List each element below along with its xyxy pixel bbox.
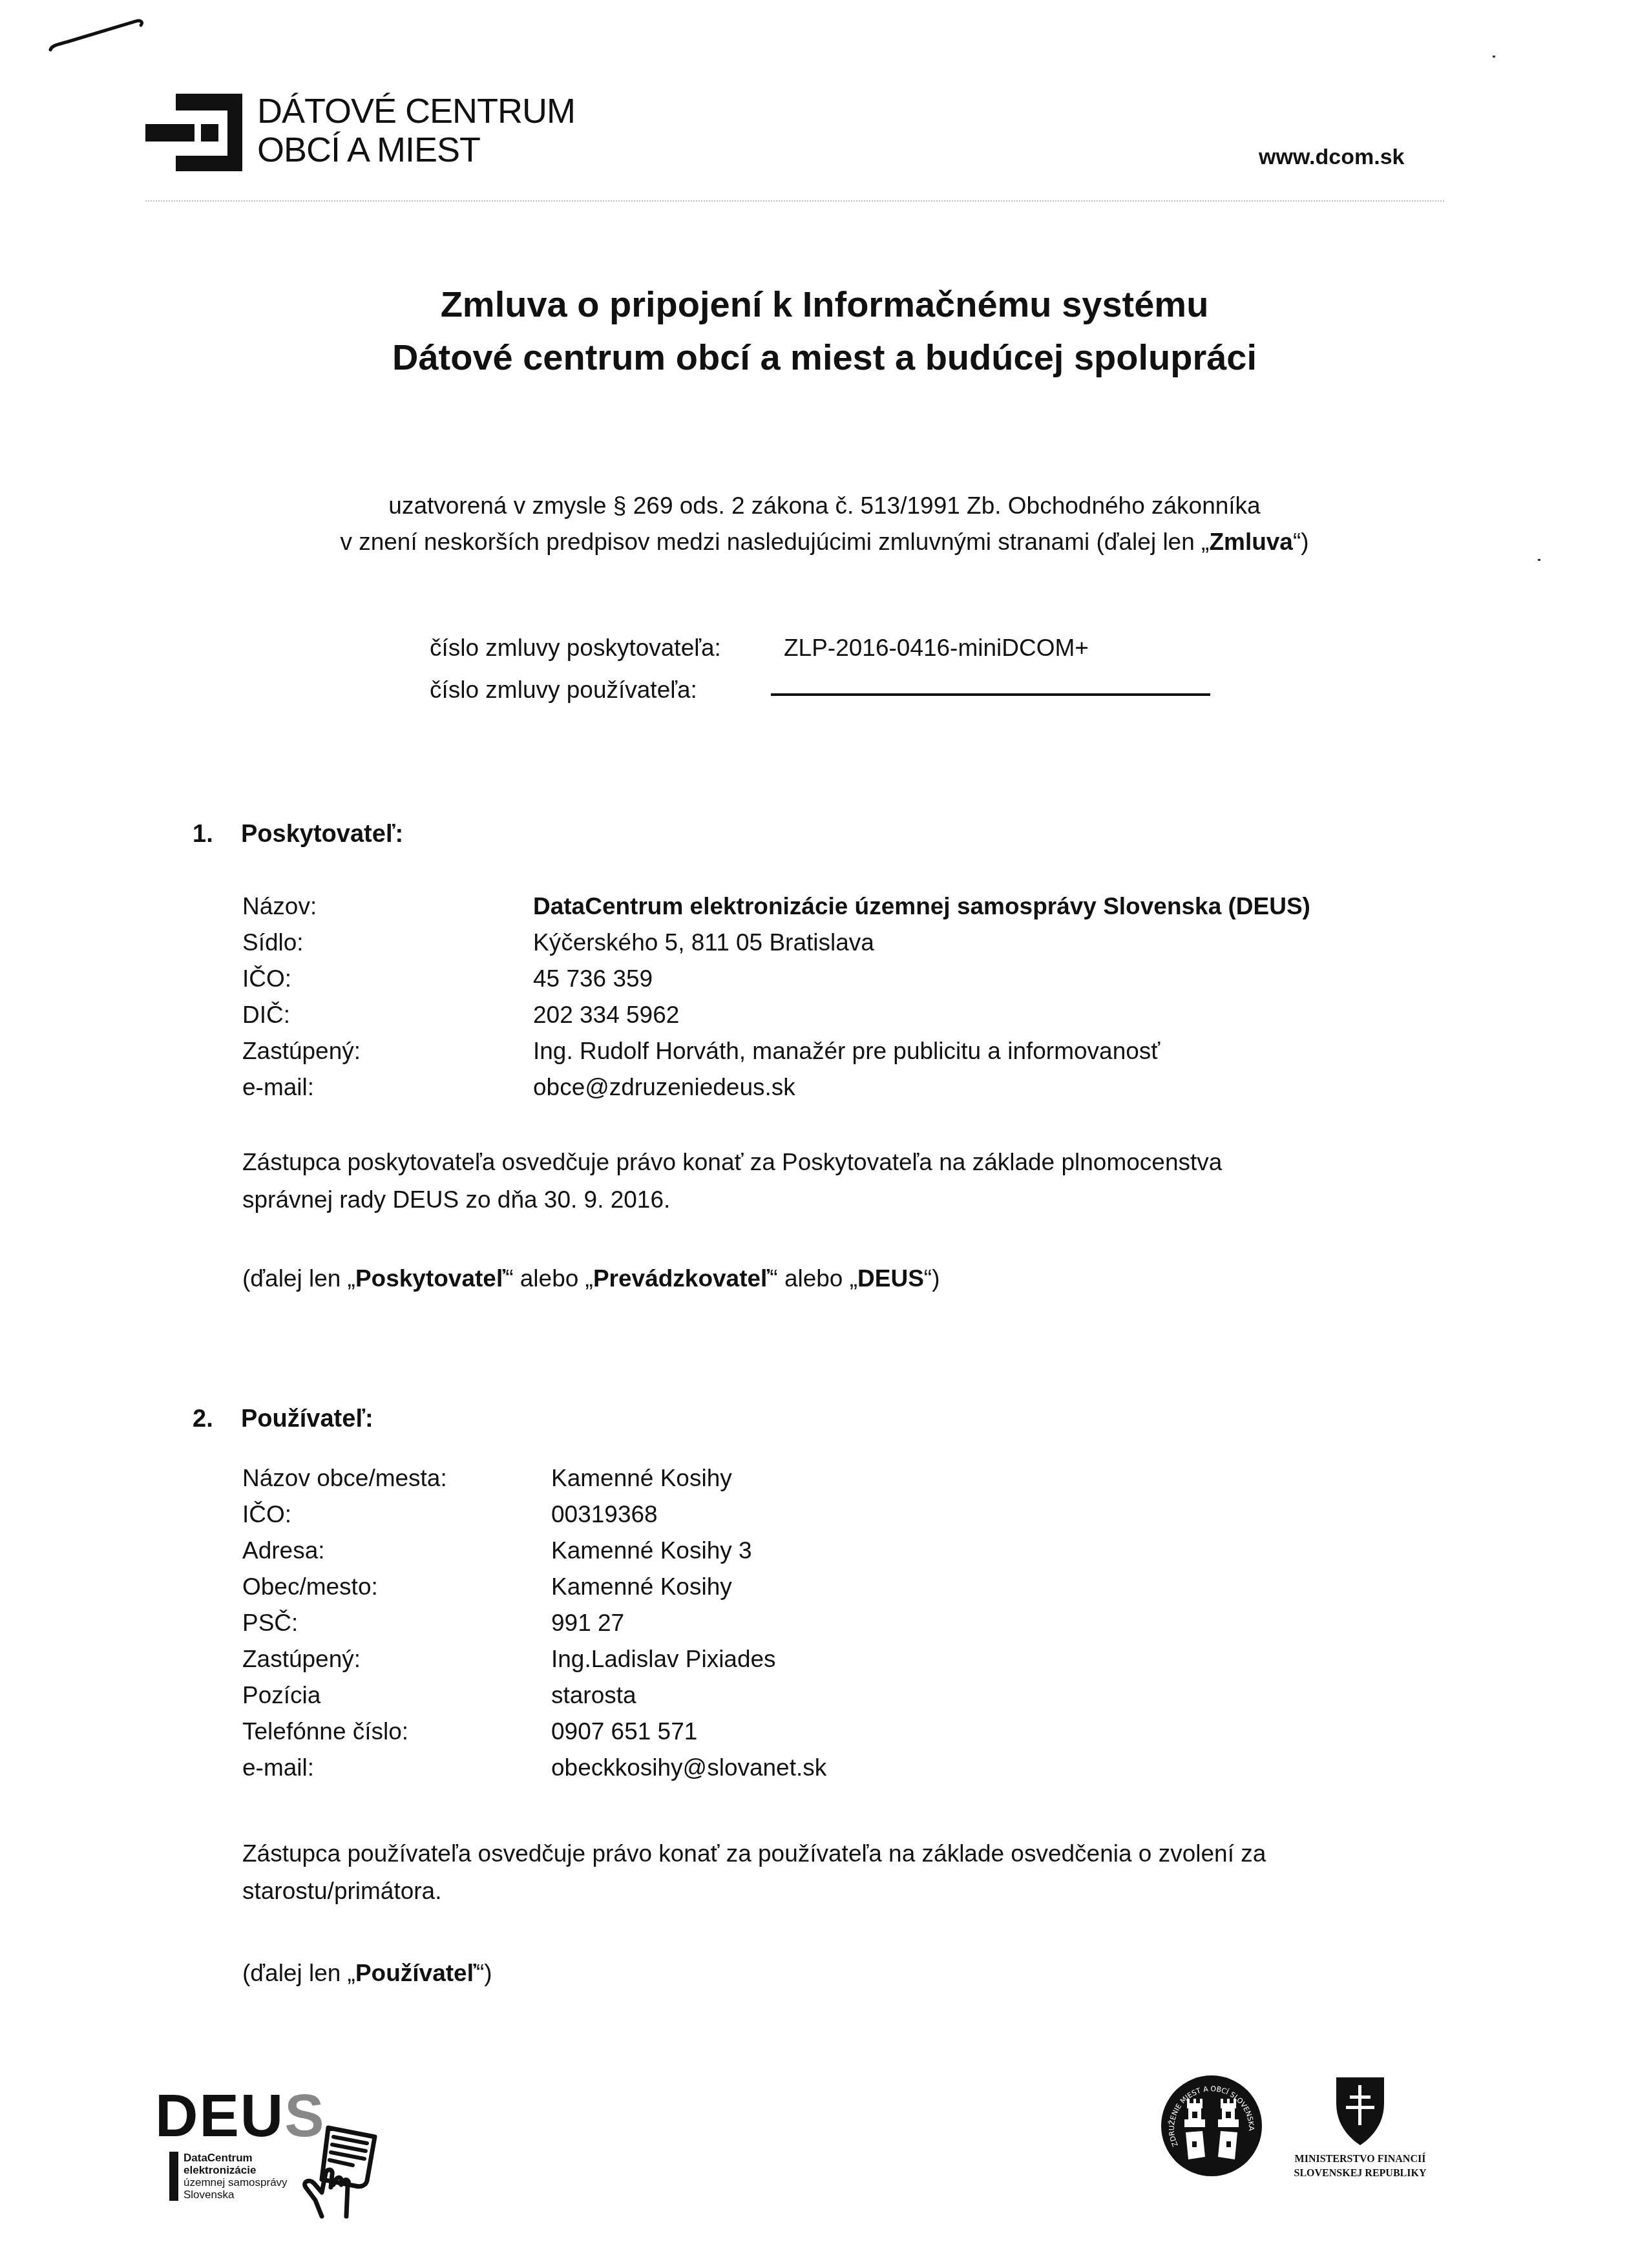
alias-term: DEUS xyxy=(857,1265,924,1292)
provider-field-row: Názov:DataCentrum elektronizácie územnej… xyxy=(242,888,1310,925)
provider-alias-paragraph: (ďalej len „Poskytovateľ“ alebo „Prevádz… xyxy=(242,1260,1470,1297)
deus-letters: DEU xyxy=(155,2083,284,2149)
section2-title: Používateľ: xyxy=(241,1405,373,1433)
field-label: Názov obce/mesta: xyxy=(242,1460,551,1496)
provider-contract-value: ZLP-2016-0416-miniDCOM+ xyxy=(784,627,1089,669)
provider-authority-paragraph: Zástupca poskytovateľa osvedčuje právo k… xyxy=(242,1144,1470,1219)
title-line2: Dátové centrum obcí a miest a budúcej sp… xyxy=(0,331,1649,384)
user-field-row: PSČ:991 27 xyxy=(242,1605,826,1641)
user-field-row: Telefónne číslo:0907 651 571 xyxy=(242,1714,826,1750)
user-authority-paragraph: Zástupca používateľa osvedčuje právo kon… xyxy=(242,1835,1470,1910)
contract-alias: Zmluva xyxy=(1209,529,1293,555)
user-contract-row: číslo zmluvy používateľa: xyxy=(430,669,1210,711)
zmos-seal-icon: ZDRUŽENIE MIEST A OBCÍ SLOVENSKA xyxy=(1160,2074,1263,2178)
user-field-row: Adresa:Kamenné Kosihy 3 xyxy=(242,1533,826,1569)
field-label: IČO: xyxy=(242,961,533,997)
ministry-of-finance-logo: MINISTERSTVO FINANCIÍ SLOVENSKEJ REPUBLI… xyxy=(1292,2077,1454,2181)
provider-details: Názov:DataCentrum elektronizácie územnej… xyxy=(242,888,1310,1106)
field-value: Kamenné Kosihy xyxy=(551,1569,732,1605)
hand-document-icon xyxy=(302,2123,386,2220)
scan-speck xyxy=(1538,559,1540,561)
alias-term: Prevádzkovateľ xyxy=(593,1265,770,1292)
section1-number: 1. xyxy=(193,821,241,848)
field-label: PSČ: xyxy=(242,1605,551,1641)
field-label: Názov: xyxy=(242,888,533,925)
field-value: Kamenné Kosihy xyxy=(551,1460,732,1496)
document-title: Zmluva o pripojení k Informačnému systém… xyxy=(0,278,1649,384)
field-label: DIČ: xyxy=(242,997,533,1033)
field-value: 202 334 5962 xyxy=(533,997,679,1033)
user-field-row: e-mail:obeckkosihy@slovanet.sk xyxy=(242,1750,826,1786)
section2-heading: 2. Používateľ: xyxy=(193,1405,373,1433)
preamble: uzatvorená v zmysle § 269 ods. 2 zákona … xyxy=(0,488,1649,560)
preamble-line2: v znení neskorších predpisov medzi nasle… xyxy=(0,524,1649,560)
user-field-row: Obec/mesto:Kamenné Kosihy xyxy=(242,1569,826,1605)
field-label: Sídlo: xyxy=(242,925,533,961)
user-details: Názov obce/mesta:Kamenné Kosihy IČO:0031… xyxy=(242,1460,826,1786)
deus-logo: DEUS DataCentrum elektronizácie územnej … xyxy=(155,2087,388,2223)
deus-logo-subtitle: DataCentrum elektronizácie územnej samos… xyxy=(169,2152,288,2201)
user-contract-blank-field[interactable] xyxy=(771,669,1210,696)
field-label: Zastúpený: xyxy=(242,1033,533,1069)
field-value: 991 27 xyxy=(551,1605,624,1641)
user-alias-paragraph: (ďalej len „Používateľ“) xyxy=(242,1955,1470,1992)
field-label: e-mail: xyxy=(242,1069,533,1106)
alias-term: Poskytovateľ xyxy=(355,1265,505,1292)
provider-field-row: Sídlo:Kýčerského 5, 811 05 Bratislava xyxy=(242,925,1310,961)
field-value: DataCentrum elektronizácie územnej samos… xyxy=(533,888,1310,925)
field-value: starosta xyxy=(551,1677,636,1714)
org-name-line1: DÁTOVÉ CENTRUM xyxy=(257,92,575,131)
deus-subtitle-line: Slovenska xyxy=(184,2189,288,2201)
deus-subtitle-line: DataCentrum xyxy=(184,2152,288,2164)
field-value: Kýčerského 5, 811 05 Bratislava xyxy=(533,925,874,961)
alias-term: Používateľ xyxy=(355,1960,476,1986)
user-email[interactable]: obeckkosihy@slovanet.sk xyxy=(551,1750,826,1786)
paragraph-line: Zástupca poskytovateľa osvedčuje právo k… xyxy=(242,1144,1470,1181)
ministry-name-line2: SLOVENSKEJ REPUBLIKY xyxy=(1292,2167,1428,2181)
field-label: Pozícia xyxy=(242,1677,551,1714)
preamble-close: “) xyxy=(1293,529,1309,555)
title-line1: Zmluva o pripojení k Informačnému systém… xyxy=(0,278,1649,331)
field-label: Telefónne číslo: xyxy=(242,1714,551,1750)
contract-numbers: číslo zmluvy poskytovateľa: ZLP-2016-041… xyxy=(430,627,1210,711)
alias-text: (ďalej len „ xyxy=(242,1265,355,1292)
field-label: IČO: xyxy=(242,1496,551,1533)
user-field-row: Názov obce/mesta:Kamenné Kosihy xyxy=(242,1460,826,1496)
alias-text: (ďalej len „ xyxy=(242,1960,355,1986)
preamble-line1: uzatvorená v zmysle § 269 ods. 2 zákona … xyxy=(0,488,1649,524)
alias-text: “) xyxy=(924,1265,940,1292)
org-name-line2: OBCÍ A MIEST xyxy=(257,131,575,169)
slovak-coat-of-arms-icon xyxy=(1334,2077,1386,2145)
dcom-logo-icon xyxy=(145,94,242,171)
field-value: Kamenné Kosihy 3 xyxy=(551,1533,752,1569)
provider-contract-label: číslo zmluvy poskytovateľa: xyxy=(430,627,784,669)
user-field-row: Pozíciastarosta xyxy=(242,1677,826,1714)
field-value: Ing. Rudolf Horváth, manažér pre publici… xyxy=(533,1033,1160,1069)
field-label: Adresa: xyxy=(242,1533,551,1569)
field-label: Obec/mesto: xyxy=(242,1569,551,1605)
section1-title: Poskytovateľ: xyxy=(241,821,403,848)
website-link[interactable]: www.dcom.sk xyxy=(1259,145,1404,170)
header-divider xyxy=(145,200,1444,202)
org-name: DÁTOVÉ CENTRUM OBCÍ A MIEST xyxy=(257,92,575,169)
preamble-text: v znení neskorších predpisov medzi nasle… xyxy=(340,529,1209,555)
ministry-name-line1: MINISTERSTVO FINANCIÍ xyxy=(1292,2152,1428,2167)
provider-field-row: IČO:45 736 359 xyxy=(242,961,1310,997)
alias-text: “ alebo „ xyxy=(505,1265,593,1292)
user-contract-label: číslo zmluvy používateľa: xyxy=(430,669,784,711)
deus-subtitle-line: elektronizácie xyxy=(184,2164,288,2176)
field-value: 0907 651 571 xyxy=(551,1714,697,1750)
alias-text: “) xyxy=(476,1960,492,1986)
field-label: Zastúpený: xyxy=(242,1641,551,1677)
alias-text: “ alebo „ xyxy=(770,1265,857,1292)
provider-field-row: e-mail:obce@zdruzeniedeus.sk xyxy=(242,1069,1310,1106)
field-value: 00319368 xyxy=(551,1496,658,1533)
user-field-row: IČO:00319368 xyxy=(242,1496,826,1533)
paragraph-line: starostu/primátora. xyxy=(242,1873,1470,1910)
provider-contract-row: číslo zmluvy poskytovateľa: ZLP-2016-041… xyxy=(430,627,1210,669)
ministry-name: MINISTERSTVO FINANCIÍ SLOVENSKEJ REPUBLI… xyxy=(1292,2152,1428,2181)
paragraph-line: Zástupca používateľa osvedčuje právo kon… xyxy=(242,1835,1470,1873)
deus-subtitle-line: územnej samosprávy xyxy=(184,2176,288,2189)
provider-email[interactable]: obce@zdruzeniedeus.sk xyxy=(533,1069,795,1106)
field-value: Ing.Ladislav Pixiades xyxy=(551,1641,776,1677)
field-label: e-mail: xyxy=(242,1750,551,1786)
section2-number: 2. xyxy=(193,1405,241,1433)
scan-speck xyxy=(1493,56,1495,58)
user-field-row: Zastúpený:Ing.Ladislav Pixiades xyxy=(242,1641,826,1677)
pen-stroke-mark xyxy=(45,16,149,61)
provider-field-row: Zastúpený:Ing. Rudolf Horváth, manažér p… xyxy=(242,1033,1310,1069)
field-value: 45 736 359 xyxy=(533,961,653,997)
section1-heading: 1. Poskytovateľ: xyxy=(193,821,403,848)
paragraph-line: správnej rady DEUS zo dňa 30. 9. 2016. xyxy=(242,1181,1470,1219)
provider-field-row: DIČ:202 334 5962 xyxy=(242,997,1310,1033)
